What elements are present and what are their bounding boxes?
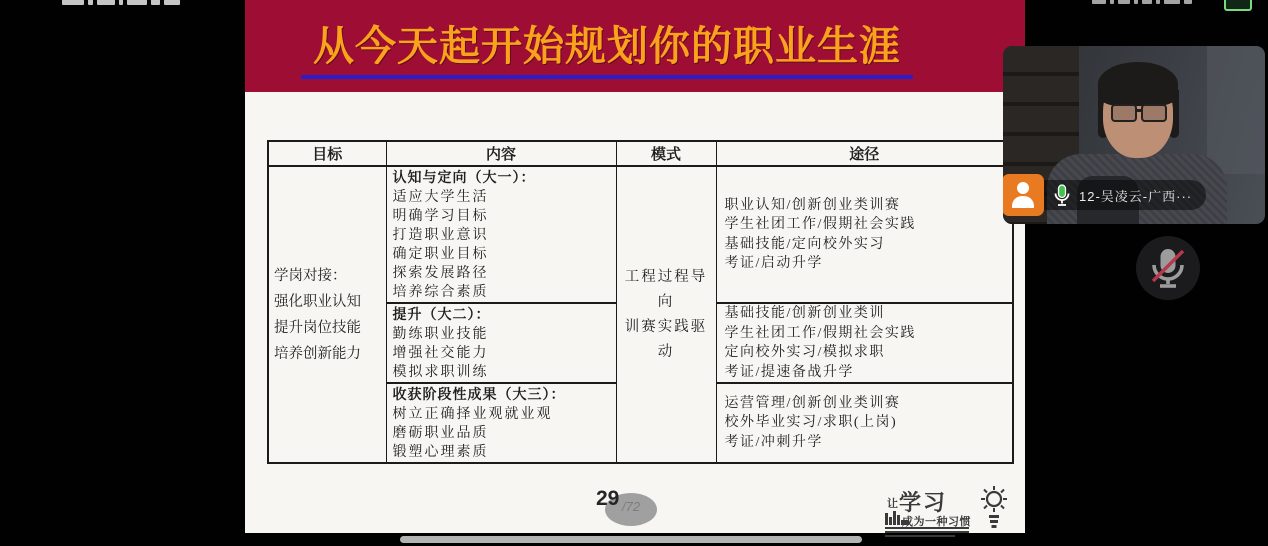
- page-total: /72: [622, 499, 640, 514]
- slide-logo: 让 学习 成为一种习惯: [885, 486, 1013, 536]
- content-cell-year1: 认知与定向（大一）： 适应大学生活明确学习目标打造职业意识确定职业目标探索发展路…: [386, 166, 616, 303]
- slide-title-wrap: 从今天起开始规划你的职业生涯: [301, 13, 913, 79]
- clipped-overlay-text-fragments: [1092, 0, 1192, 4]
- shared-slide: 从今天起开始规划你的职业生涯 目标 内容 模式 途径 学岗对接：强化职业认知提升…: [245, 0, 1025, 533]
- goal-cell: 学岗对接：强化职业认知提升岗位技能培养创新能力: [268, 166, 386, 463]
- path-cell-year3: 运营管理/创新创业类训赛校外毕业实习/求职(上岗)考证/冲刺升学: [716, 383, 1013, 463]
- col-header-path: 途径: [716, 141, 1013, 166]
- participant-video-tile[interactable]: 12-吴凌云-广西···: [1003, 46, 1265, 224]
- content-title-year1: 认知与定向（大一）：: [393, 169, 614, 188]
- sun-bulb-icon: [977, 486, 1011, 536]
- page-number: 29: [596, 487, 619, 511]
- path-cell-year2: 基础技能/创新创业类训学生社团工作/假期社会实践定向校外实习/模拟求职考证/提速…: [716, 303, 1013, 383]
- slide-title: 从今天起开始规划你的职业生涯: [313, 13, 901, 72]
- col-header-goal: 目标: [268, 141, 386, 166]
- col-header-mode: 模式: [616, 141, 716, 166]
- path-cell-year1: 职业认知/创新创业类训赛学生社团工作/假期社会实践基础技能/定向校外实习考证/启…: [716, 166, 1013, 303]
- slide-title-banner: 从今天起开始规划你的职业生涯: [245, 0, 1025, 92]
- glasses: [1111, 104, 1167, 120]
- name-strip: 12-吴凌云-广西···: [1044, 180, 1206, 210]
- horizontal-scrollbar[interactable]: [400, 536, 862, 543]
- content-cell-year3: 收获阶段性成果（大三）： 树立正确择业观就业观磨砺职业品质锻塑心理素质: [386, 383, 616, 463]
- content-lines-year1: 适应大学生活明确学习目标打造职业意识确定职业目标探索发展路径培养综合素质: [393, 188, 614, 302]
- career-plan-table: 目标 内容 模式 途径 学岗对接：强化职业认知提升岗位技能培养创新能力 认知与定…: [267, 140, 1014, 464]
- connection-icon-fragment: [1224, 0, 1252, 11]
- content-cell-year2: 提升（大二）： 勤练职业技能增强社交能力模拟求职训练: [386, 303, 616, 383]
- clipped-watermark-fragments: [62, 0, 180, 5]
- content-lines-year3: 树立正确择业观就业观磨砺职业品质锻塑心理素质: [393, 405, 614, 462]
- content-title-year2: 提升（大二）：: [393, 306, 614, 325]
- muted-mic-icon: [1147, 245, 1189, 291]
- participant-name: 12-吴凌云-广西···: [1079, 186, 1192, 205]
- meeting-app-window: 从今天起开始规划你的职业生涯 目标 内容 模式 途径 学岗对接：强化职业认知提升…: [0, 0, 1268, 546]
- col-header-content: 内容: [386, 141, 616, 166]
- title-underline: [301, 75, 913, 79]
- logo-prefix: 让: [887, 495, 898, 511]
- table-row: 学岗对接：强化职业认知提升岗位技能培养创新能力 认知与定向（大一）： 适应大学生…: [268, 166, 1013, 303]
- participant-hair-top: [1098, 62, 1178, 106]
- participant-name-bar: 12-吴凌云-广西···: [1003, 174, 1206, 216]
- content-title-year3: 收获阶段性成果（大三）：: [393, 386, 614, 405]
- presenter-icon: [1003, 174, 1044, 216]
- mic-active-icon: [1054, 184, 1070, 207]
- content-lines-year2: 勤练职业技能增强社交能力模拟求职训练: [393, 325, 614, 382]
- books-icon: [885, 511, 909, 525]
- background-wall: [1207, 46, 1265, 174]
- mode-cell: 工程过程导向训赛实践驱动: [616, 166, 716, 463]
- mic-muted-button[interactable]: [1136, 236, 1200, 300]
- table-header-row: 目标 内容 模式 途径: [268, 141, 1013, 166]
- logo-baselines: [885, 527, 969, 538]
